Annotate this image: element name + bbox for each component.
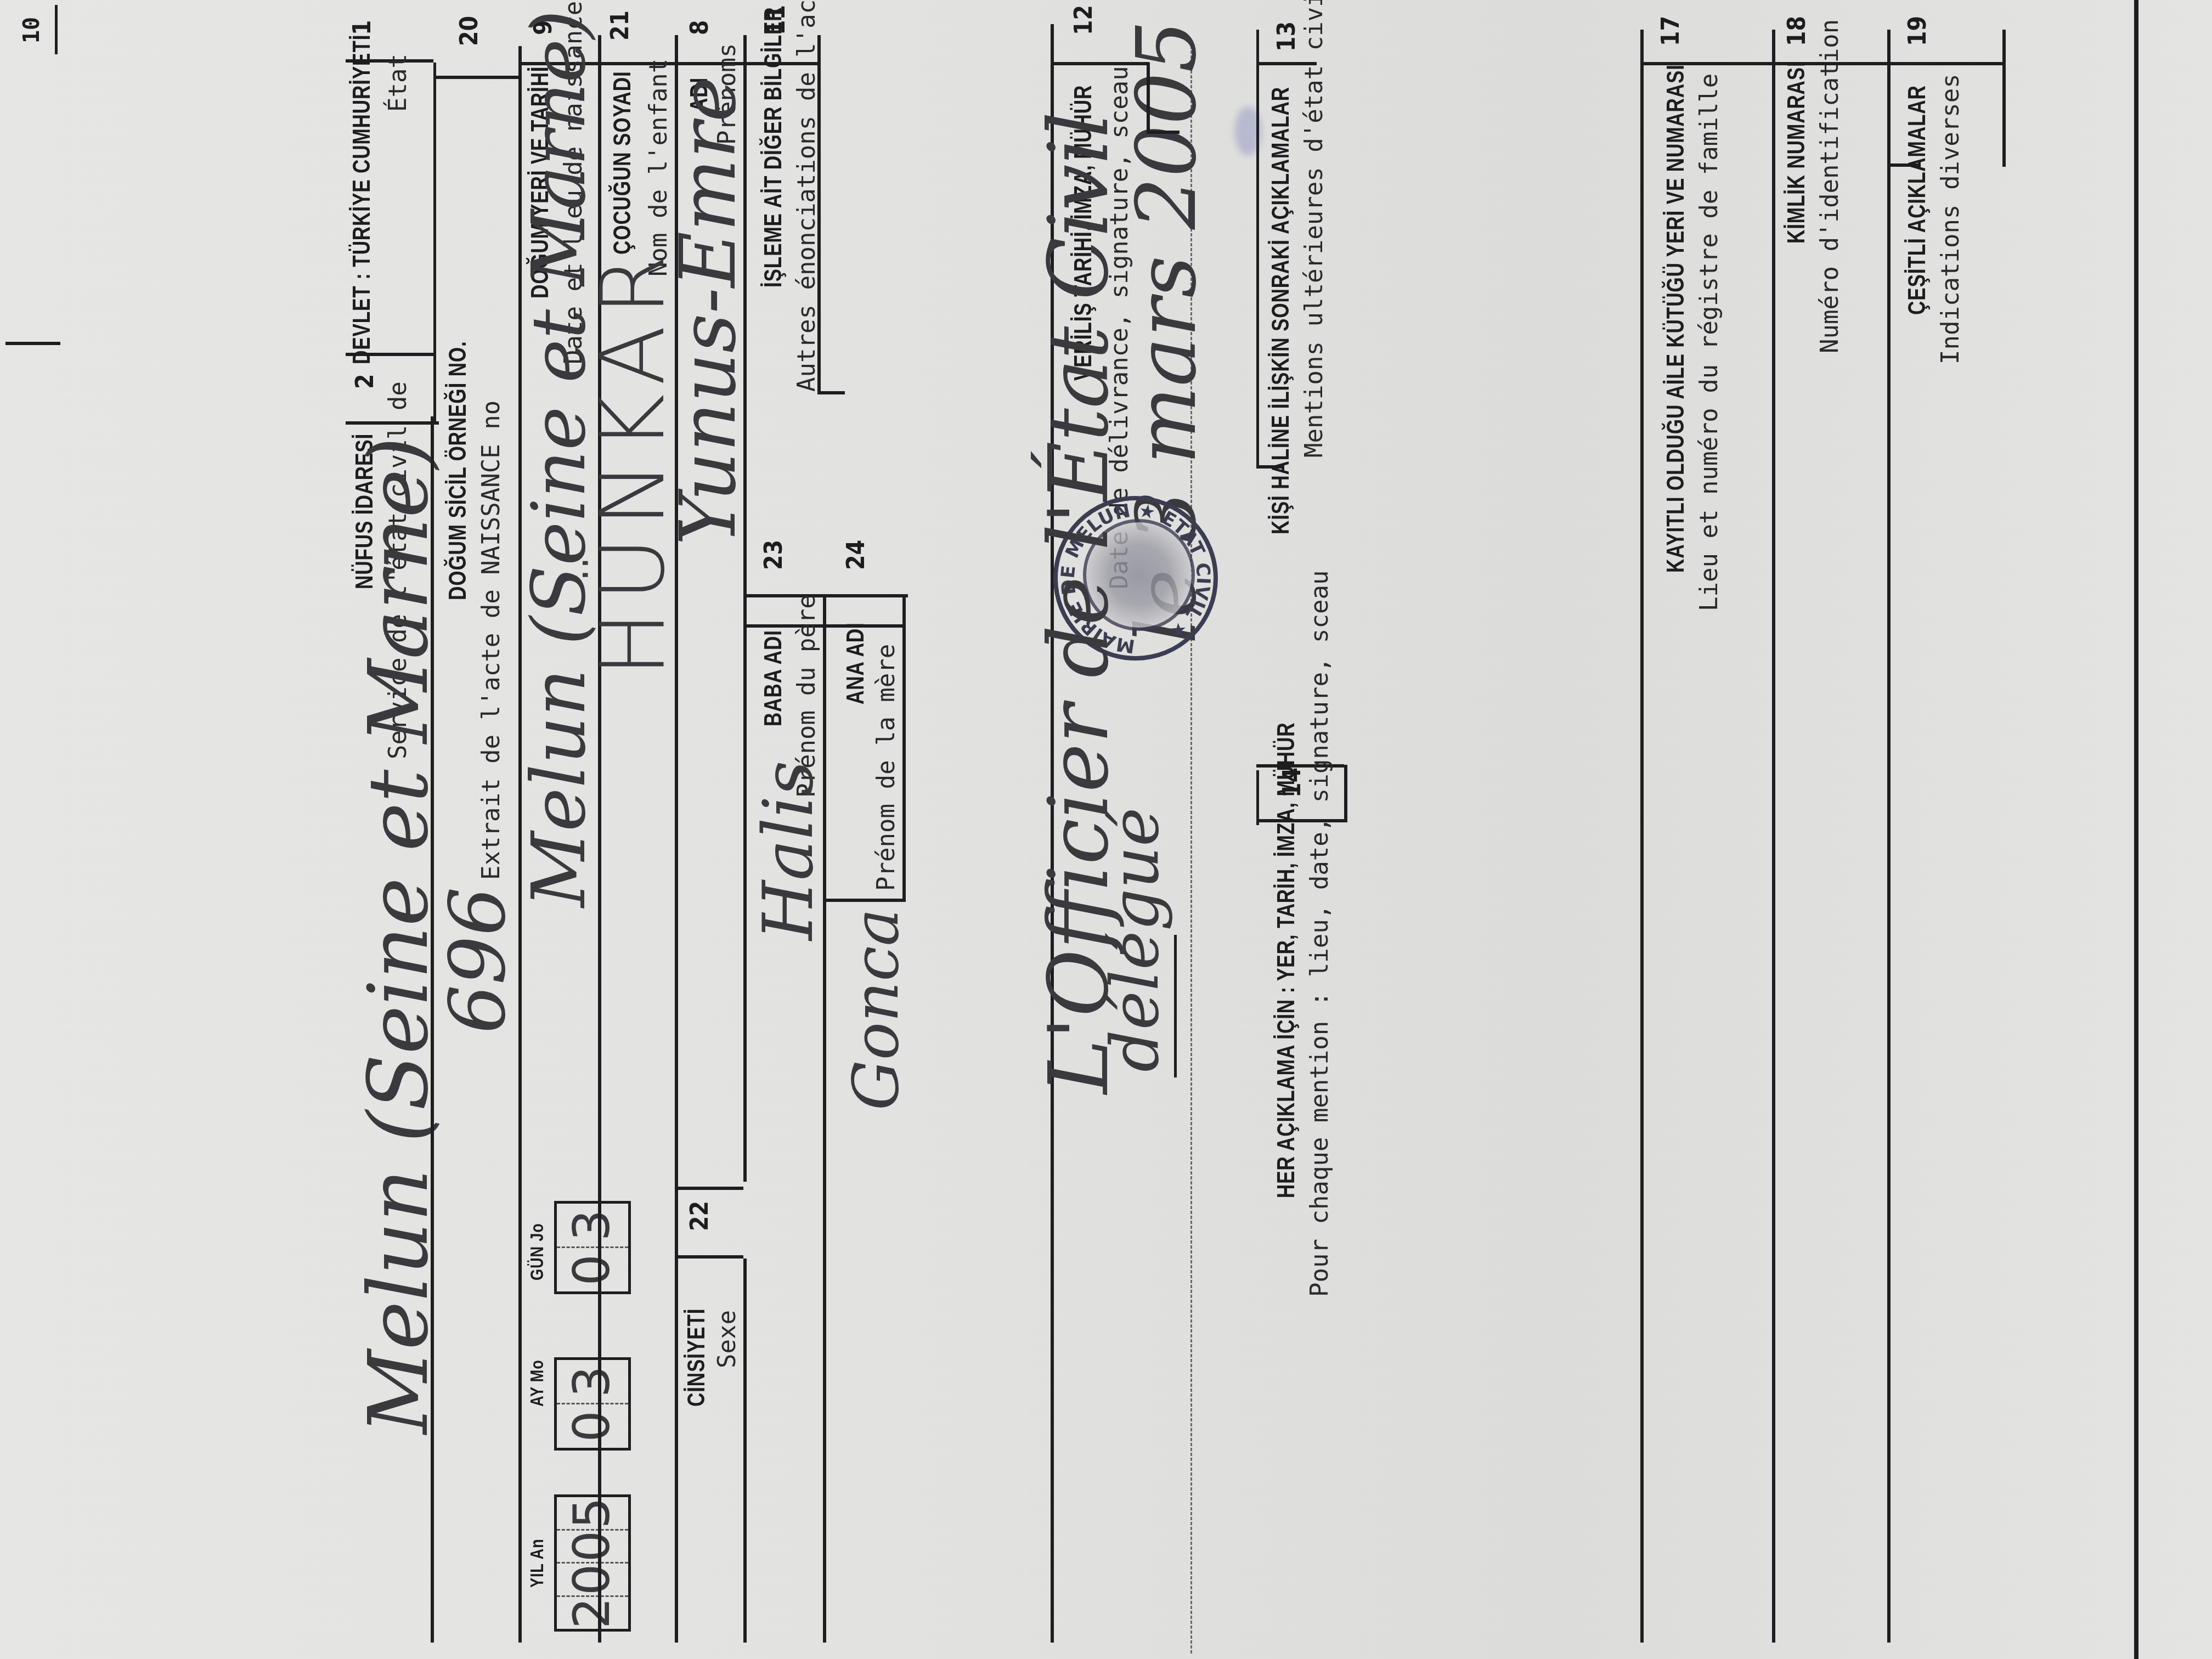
field-21-label-tr: ÇOCUĞUN SOYADI: [609, 71, 636, 255]
rule: [5, 342, 60, 345]
birth-day-box: 0 3: [554, 1201, 631, 1294]
mother-first-name-value: Gonca: [839, 909, 913, 1110]
rule: [1147, 131, 1180, 134]
field-20-label-tr: DOĞUM SİCİL ÖRNEĞİ NO.: [444, 341, 472, 600]
rule: [743, 35, 747, 1182]
field-13-number: 13: [1273, 21, 1301, 52]
rule: [675, 1255, 743, 1259]
field-1-label-fr: État: [384, 54, 412, 112]
rule: [1640, 30, 1644, 1643]
field-14-label-tr: HER AÇIKLAMA İÇİN : YER, TARİH, İMZA, MÜ…: [1273, 723, 1300, 1198]
birth-month-box: 0 3: [554, 1357, 631, 1451]
rule: [1344, 765, 1347, 822]
rule: [2002, 30, 2006, 167]
page-number: 10: [19, 17, 44, 43]
field-24-label-fr: Prénom de la mère: [872, 644, 900, 891]
field-2-number: 2: [351, 374, 379, 389]
digit: 0: [557, 1529, 628, 1562]
field-22-label-tr: CİNSİYETİ: [683, 1308, 710, 1407]
rule: [823, 899, 905, 902]
signature-stroke: [1174, 935, 1177, 1077]
digit: 0: [557, 1247, 628, 1292]
rule: [433, 76, 521, 79]
field-12-number: 12: [1070, 5, 1098, 35]
rule: [1256, 30, 1259, 469]
rule: [675, 1187, 743, 1190]
digit: 2: [557, 1595, 628, 1629]
field-23-number: 23: [760, 540, 788, 570]
digit: 0: [557, 1403, 628, 1448]
civil-status-extract-form: 10 1 DEVLET : TÜRKİYE CUMHURİYETİ État 2…: [0, 0, 2212, 1659]
digit: 3: [557, 1204, 628, 1247]
registry-number-value: 696: [433, 887, 523, 1034]
field-11-label-tr: İŞLEME AİT DİĞER BİLGİLER: [760, 7, 787, 287]
digit: 0: [557, 1562, 628, 1596]
rule: [1887, 30, 1891, 1643]
field-21-number: 21: [606, 10, 634, 41]
field-24-label-tr: ANA ADI: [842, 622, 870, 704]
field-1-number: 1: [348, 20, 376, 35]
rule: [1256, 770, 1259, 825]
month-label: AY Mo: [527, 1359, 548, 1407]
rule: [433, 63, 436, 425]
rule: [1887, 62, 2002, 65]
birth-year-box: 2 0 0 5: [554, 1494, 631, 1632]
officer-signature-delegate: délégué: [1097, 808, 1173, 1072]
field-13-label-tr: KİŞİ HALİNE İLİŞKİN SONRAKİ AÇIKLAMALAR: [1267, 87, 1295, 534]
rule: [823, 595, 826, 1643]
field-22-label-fr: Sexe: [713, 1310, 741, 1368]
field-19-label-fr: Indications diverses: [1937, 74, 1965, 364]
field-17-label-fr: Lieu et numéro du régistre de famille: [1695, 74, 1723, 611]
field-23-label-tr: BABA ADI: [760, 630, 787, 726]
field-20-number: 20: [455, 16, 483, 46]
field-24-number: 24: [842, 540, 870, 570]
year-label: YIL An: [527, 1539, 548, 1588]
field-17-label-tr: KAYITLI OLDUĞU AİLE KÜTÜĞÜ YERİ VE NUMAR…: [1662, 64, 1690, 573]
digit: 3: [557, 1360, 628, 1403]
field-19-number: 19: [1904, 16, 1932, 46]
field-8-number: 8: [686, 20, 714, 35]
page-number-underline: [55, 5, 58, 54]
rule: [1772, 30, 1775, 1643]
field-18-number: 18: [1783, 16, 1811, 46]
rule: [1147, 63, 1150, 134]
field-17-number: 17: [1657, 16, 1685, 46]
father-first-name-value: Halis: [749, 760, 828, 940]
field-11-label-fr: Autres énonciations de l'acte: [793, 0, 821, 392]
field-1-label-tr: DEVLET : TÜRKİYE CUMHURİYETİ: [348, 35, 376, 364]
digit: 5: [557, 1497, 628, 1529]
rule: [817, 35, 821, 394]
page-bottom-rule: [2134, 0, 2138, 1659]
field-14-label-fr: Pour chaque mention : lieu, date, signat…: [1306, 570, 1334, 1297]
day-label: GÜN Jo: [527, 1223, 548, 1280]
rule: [817, 391, 845, 394]
rule: [346, 353, 433, 356]
rule: [1640, 62, 1772, 65]
rule: [743, 1259, 747, 1643]
field-19-label-tr: ÇEŞİTLİ AÇIKLAMALAR: [1904, 85, 1931, 315]
rule: [902, 595, 906, 902]
field-18-label-tr: KİMLİK NUMARASI: [1783, 61, 1810, 244]
field-20-label-fr: Extrait de l'acte de NAISSANCE no: [477, 400, 505, 880]
field-22-number: 22: [686, 1201, 714, 1231]
field-18-label-fr: Numéro d'identification: [1816, 19, 1844, 353]
field-13-label-fr: Mentions ultérieures d'état civil: [1300, 0, 1328, 458]
child-first-names-value: Yunus-Emre: [664, 76, 753, 545]
